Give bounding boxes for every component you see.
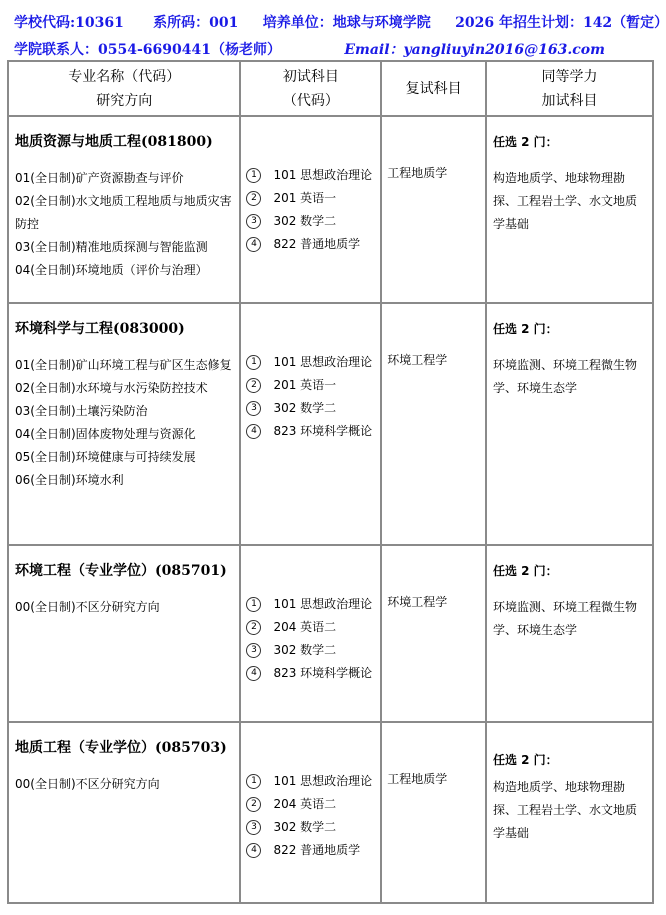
retest-cell: 工程地质学 bbox=[381, 116, 486, 303]
pick-count: 任选 2 门： bbox=[493, 131, 646, 154]
circled-number-icon: 3 bbox=[246, 401, 261, 416]
equivalent-cell: 任选 2 门：构造地质学、地球物理勘探、工程岩土学、水文地质学基础 bbox=[486, 116, 653, 303]
col-header-initial-exam: 初试科目（代码） bbox=[240, 61, 381, 116]
circled-number-icon: 3 bbox=[246, 820, 261, 835]
direction-item: 04(全日制)环境地质（评价与治理） bbox=[15, 259, 239, 282]
retest-cell: 环境工程学 bbox=[381, 545, 486, 722]
subject-item: 3302 数学二 bbox=[246, 816, 380, 839]
circled-number-icon: 2 bbox=[246, 620, 261, 635]
subjects-cell: 1101 思想政治理论 2204 英语二 3302 数学二 4822 普通地质学 bbox=[240, 722, 381, 903]
dept-code: 系所码：001 bbox=[153, 14, 238, 32]
header-line-2: 学院联系人：0554-6690441（杨老师） Email：yangliuyin… bbox=[14, 41, 605, 59]
circled-number-icon: 1 bbox=[246, 597, 261, 612]
subject-item: 1101 思想政治理论 bbox=[246, 164, 380, 187]
major-cell: 环境工程（专业学位）(085701) 00(全日制)不区分研究方向 bbox=[8, 545, 240, 722]
subject-item: 1101 思想政治理论 bbox=[246, 351, 380, 374]
col-header-retest: 复试科目 bbox=[381, 61, 486, 116]
equivalent-cell: 任选 2 门：环境监测、环境工程微生物学、环境生态学 bbox=[486, 303, 653, 545]
subject-item: 3302 数学二 bbox=[246, 397, 380, 420]
subjects-cell: 1101 思想政治理论 2201 英语一 3302 数学二 4822 普通地质学 bbox=[240, 116, 381, 303]
subject-item: 1101 思想政治理论 bbox=[246, 770, 380, 793]
research-directions: 01(全日制)矿产资源勘查与评价 02(全日制)水文地质工程地质与地质灾害防控 … bbox=[15, 167, 239, 282]
circled-number-icon: 2 bbox=[246, 797, 261, 812]
contact-person: 学院联系人：0554-6690441（杨老师） bbox=[14, 41, 281, 59]
major-title: 地质工程（专业学位）(085703) bbox=[15, 737, 239, 757]
equivalent-subjects: 环境监测、环境工程微生物学、环境生态学 bbox=[493, 354, 646, 400]
subject-item: 4823 环境科学概论 bbox=[246, 662, 380, 685]
major-title: 地质资源与地质工程(081800) bbox=[15, 131, 239, 151]
contact-email: Email：yangliuyin2016@163.com bbox=[344, 41, 605, 59]
col-header-equivalent: 同等学力加试科目 bbox=[486, 61, 653, 116]
subject-item: 4822 普通地质学 bbox=[246, 233, 380, 256]
equivalent-cell: 任选 2 门：构造地质学、地球物理勘探、工程岩土学、水文地质学基础 bbox=[486, 722, 653, 903]
major-title: 环境工程（专业学位）(085701) bbox=[15, 560, 239, 580]
major-cell: 环境科学与工程(083000) 01(全日制)矿山环境工程与矿区生态修复 02(… bbox=[8, 303, 240, 545]
major-cell: 地质工程（专业学位）(085703) 00(全日制)不区分研究方向 bbox=[8, 722, 240, 903]
equivalent-subjects: 构造地质学、地球物理勘探、工程岩土学、水文地质学基础 bbox=[493, 167, 646, 236]
table-row: 地质工程（专业学位）(085703) 00(全日制)不区分研究方向 1101 思… bbox=[8, 722, 653, 903]
circled-number-icon: 2 bbox=[246, 191, 261, 206]
circled-number-icon: 4 bbox=[246, 666, 261, 681]
table-row: 地质资源与地质工程(081800) 01(全日制)矿产资源勘查与评价 02(全日… bbox=[8, 116, 653, 303]
circled-number-icon: 2 bbox=[246, 378, 261, 393]
subject-item: 1101 思想政治理论 bbox=[246, 593, 380, 616]
circled-number-icon: 4 bbox=[246, 424, 261, 439]
direction-item: 03(全日制)土壤污染防治 bbox=[15, 400, 239, 423]
subject-item: 3302 数学二 bbox=[246, 639, 380, 662]
subject-item: 2201 英语一 bbox=[246, 374, 380, 397]
direction-item: 03(全日制)精准地质探测与智能监测 bbox=[15, 236, 239, 259]
direction-item: 02(全日制)水文地质工程地质与地质灾害防控 bbox=[15, 190, 239, 236]
direction-item: 00(全日制)不区分研究方向 bbox=[15, 773, 239, 796]
direction-item: 02(全日制)水环境与水污染防控技术 bbox=[15, 377, 239, 400]
equivalent-cell: 任选 2 门：环境监测、环境工程微生物学、环境生态学 bbox=[486, 545, 653, 722]
direction-item: 00(全日制)不区分研究方向 bbox=[15, 596, 239, 619]
table-header-row: 专业名称（代码）研究方向 初试科目（代码） 复试科目 同等学力加试科目 bbox=[8, 61, 653, 116]
circled-number-icon: 3 bbox=[246, 643, 261, 658]
research-directions: 00(全日制)不区分研究方向 bbox=[15, 596, 239, 619]
circled-number-icon: 1 bbox=[246, 355, 261, 370]
circled-number-icon: 4 bbox=[246, 237, 261, 252]
col-header-major: 专业名称（代码）研究方向 bbox=[8, 61, 240, 116]
subjects-cell: 1101 思想政治理论 2201 英语一 3302 数学二 4823 环境科学概… bbox=[240, 303, 381, 545]
equivalent-subjects: 环境监测、环境工程微生物学、环境生态学 bbox=[493, 596, 646, 642]
research-directions: 01(全日制)矿山环境工程与矿区生态修复 02(全日制)水环境与水污染防控技术 … bbox=[15, 354, 239, 492]
circled-number-icon: 3 bbox=[246, 214, 261, 229]
header-line-1: 学校代码:10361 系所码：001 培养单位：地球与环境学院 2026 年招生… bbox=[14, 14, 666, 32]
direction-item: 01(全日制)矿山环境工程与矿区生态修复 bbox=[15, 354, 239, 377]
circled-number-icon: 1 bbox=[246, 774, 261, 789]
pick-count: 任选 2 门： bbox=[493, 749, 646, 772]
subject-item: 2204 英语二 bbox=[246, 793, 380, 816]
circled-number-icon: 4 bbox=[246, 843, 261, 858]
direction-item: 01(全日制)矿产资源勘查与评价 bbox=[15, 167, 239, 190]
subjects-cell: 1101 思想政治理论 2204 英语二 3302 数学二 4823 环境科学概… bbox=[240, 545, 381, 722]
subject-item: 2201 英语一 bbox=[246, 187, 380, 210]
major-title: 环境科学与工程(083000) bbox=[15, 318, 239, 338]
table-row: 环境工程（专业学位）(085701) 00(全日制)不区分研究方向 1101 思… bbox=[8, 545, 653, 722]
major-cell: 地质资源与地质工程(081800) 01(全日制)矿产资源勘查与评价 02(全日… bbox=[8, 116, 240, 303]
enrollment-table: 专业名称（代码）研究方向 初试科目（代码） 复试科目 同等学力加试科目 地质资源… bbox=[7, 60, 654, 904]
training-unit: 培养单位：地球与环境学院 bbox=[263, 14, 431, 32]
table-row: 环境科学与工程(083000) 01(全日制)矿山环境工程与矿区生态修复 02(… bbox=[8, 303, 653, 545]
retest-cell: 工程地质学 bbox=[381, 722, 486, 903]
enrollment-plan: 2026 年招生计划：142（暂定） bbox=[455, 14, 666, 32]
equivalent-subjects: 构造地质学、地球物理勘探、工程岩土学、水文地质学基础 bbox=[493, 776, 646, 845]
research-directions: 00(全日制)不区分研究方向 bbox=[15, 773, 239, 796]
pick-count: 任选 2 门： bbox=[493, 560, 646, 583]
subject-item: 4822 普通地质学 bbox=[246, 839, 380, 862]
circled-number-icon: 1 bbox=[246, 168, 261, 183]
subject-item: 4823 环境科学概论 bbox=[246, 420, 380, 443]
school-code: 学校代码:10361 bbox=[14, 14, 124, 32]
direction-item: 05(全日制)环境健康与可持续发展 bbox=[15, 446, 239, 469]
subject-item: 3302 数学二 bbox=[246, 210, 380, 233]
pick-count: 任选 2 门： bbox=[493, 318, 646, 341]
subject-item: 2204 英语二 bbox=[246, 616, 380, 639]
retest-cell: 环境工程学 bbox=[381, 303, 486, 545]
direction-item: 04(全日制)固体废物处理与资源化 bbox=[15, 423, 239, 446]
direction-item: 06(全日制)环境水利 bbox=[15, 469, 239, 492]
